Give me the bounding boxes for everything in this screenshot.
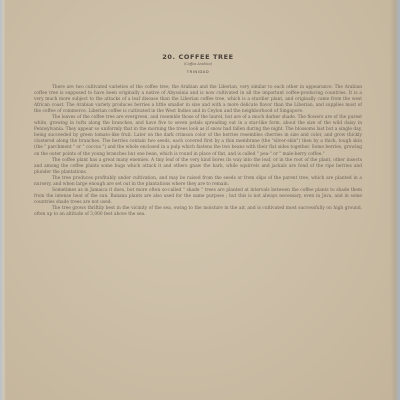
page-location: TRINIDAD xyxy=(6,69,390,74)
scanned-page: 20. COFFEE TREE (Coffea Arabica) TRINIDA… xyxy=(6,0,390,400)
paragraph: The tree produces profitably under culti… xyxy=(34,176,362,188)
paragraph: There are two cultivated varieties of th… xyxy=(34,85,362,115)
title-block: 20. COFFEE TREE (Coffea Arabica) TRINIDA… xyxy=(6,53,390,74)
page-title: 20. COFFEE TREE xyxy=(6,53,390,61)
page-edge-right xyxy=(390,0,400,400)
paragraph: Sometimes as in Jamaica it does, but mor… xyxy=(34,188,362,206)
paragraph: The leaves of the coffee tree are evergr… xyxy=(34,115,362,157)
paragraph: The coffee plant has a great many enemie… xyxy=(34,158,362,176)
body-text: There are two cultivated varieties of th… xyxy=(34,85,362,218)
page-subtitle: (Coffea Arabica) xyxy=(6,62,390,66)
paragraph: The tree grows thriftily best in the vic… xyxy=(34,206,362,218)
